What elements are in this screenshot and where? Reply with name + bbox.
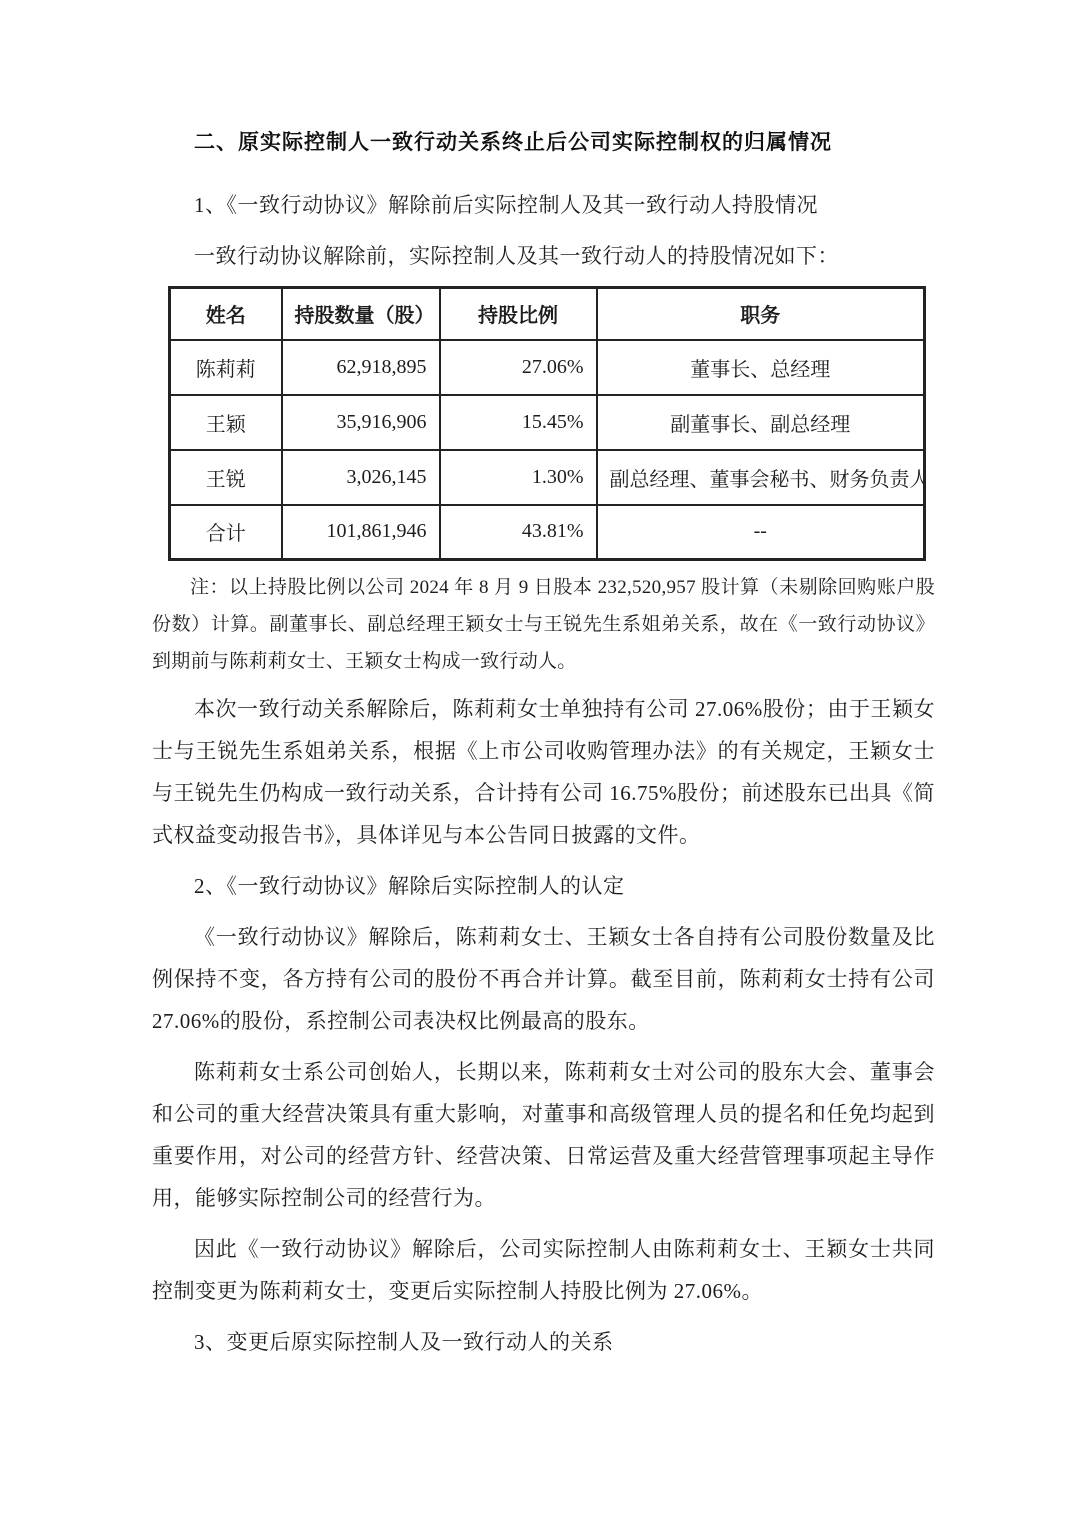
cell-shares: 62,918,895 <box>282 340 440 395</box>
cell-name: 王颖 <box>170 395 282 450</box>
table-row: 王锐 3,026,145 1.30% 副总经理、董事会秘书、财务负责人 <box>170 450 925 505</box>
cell-name: 合计 <box>170 505 282 560</box>
cell-position: 副董事长、副总经理 <box>597 395 925 450</box>
cell-name: 陈莉莉 <box>170 340 282 395</box>
column-header-ratio: 持股比例 <box>440 288 597 340</box>
document-page: 二、原实际控制人一致行动关系终止后公司实际控制权的归属情况 1、《一致行动协议》… <box>0 0 1080 1526</box>
cell-ratio: 15.45% <box>440 395 597 450</box>
cell-ratio: 27.06% <box>440 340 597 395</box>
cell-ratio: 43.81% <box>440 505 597 560</box>
table-note: 注：以上持股比例以公司 2024 年 8 月 9 日股本 232,520,957… <box>152 569 935 680</box>
table-header-row: 姓名 持股数量（股） 持股比例 职务 <box>170 288 925 340</box>
table-row: 陈莉莉 62,918,895 27.06% 董事长、总经理 <box>170 340 925 395</box>
subsection-2-heading: 2、《一致行动协议》解除后实际控制人的认定 <box>152 865 935 907</box>
paragraph-4: 因此《一致行动协议》解除后，公司实际控制人由陈莉莉女士、王颖女士共同控制变更为陈… <box>152 1228 935 1312</box>
column-header-position: 职务 <box>597 288 925 340</box>
subsection-3-heading: 3、变更后原实际控制人及一致行动人的关系 <box>152 1321 935 1363</box>
paragraph-2: 《一致行动协议》解除后，陈莉莉女士、王颖女士各自持有公司股份数量及比例保持不变，… <box>152 916 935 1042</box>
cell-shares: 3,026,145 <box>282 450 440 505</box>
section-title: 二、原实际控制人一致行动关系终止后公司实际控制权的归属情况 <box>152 128 935 158</box>
column-header-shares: 持股数量（股） <box>282 288 440 340</box>
table-row: 王颖 35,916,906 15.45% 副董事长、副总经理 <box>170 395 925 450</box>
cell-position: 董事长、总经理 <box>597 340 925 395</box>
cell-shares: 35,916,906 <box>282 395 440 450</box>
subsection-1-heading: 1、《一致行动协议》解除前后实际控制人及其一致行动人持股情况 <box>152 184 935 226</box>
table-row-total: 合计 101,861,946 43.81% -- <box>170 505 925 560</box>
cell-position: 副总经理、董事会秘书、财务负责人 <box>597 450 925 505</box>
cell-ratio: 1.30% <box>440 450 597 505</box>
holdings-table: 姓名 持股数量（股） 持股比例 职务 陈莉莉 62,918,895 27.06%… <box>168 286 926 561</box>
cell-position: -- <box>597 505 925 560</box>
paragraph-3: 陈莉莉女士系公司创始人，长期以来，陈莉莉女士对公司的股东大会、董事会和公司的重大… <box>152 1051 935 1219</box>
paragraph-1: 本次一致行动关系解除后，陈莉莉女士单独持有公司 27.06%股份；由于王颖女士与… <box>152 688 935 856</box>
column-header-name: 姓名 <box>170 288 282 340</box>
cell-name: 王锐 <box>170 450 282 505</box>
cell-shares: 101,861,946 <box>282 505 440 560</box>
subsection-1-intro: 一致行动协议解除前，实际控制人及其一致行动人的持股情况如下： <box>152 235 935 277</box>
